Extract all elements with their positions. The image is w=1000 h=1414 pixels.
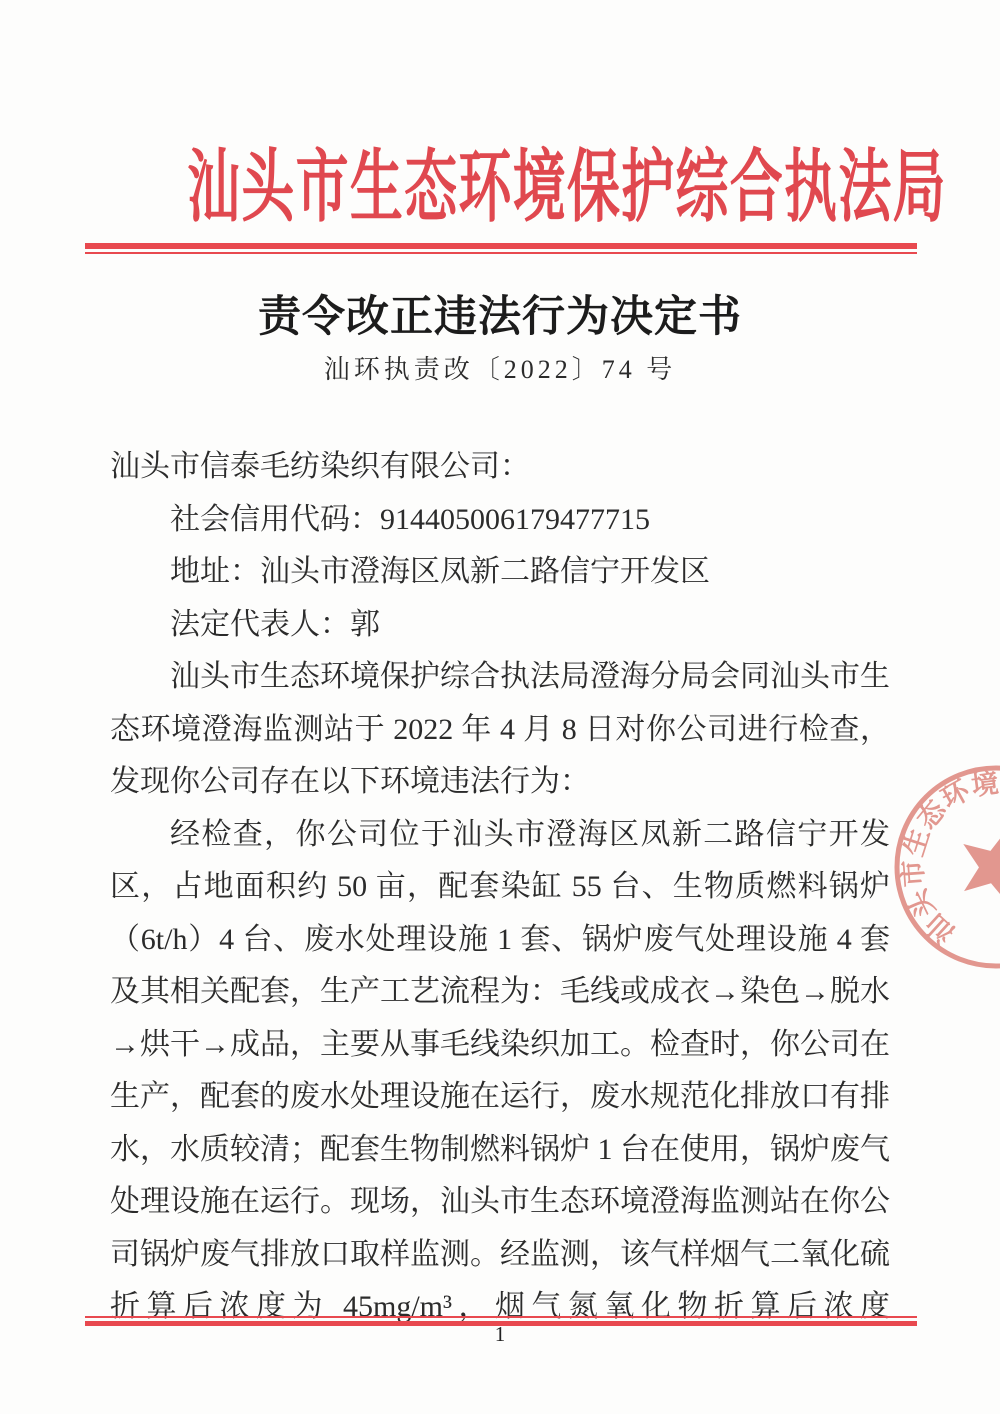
official-seal: 汕头市生态环境保护综合执法局 — [890, 761, 1000, 973]
document-title: 责令改正违法行为决定书 — [0, 283, 1000, 344]
recipient-address: 地址：汕头市澄海区凤新二路信宁开发区 — [110, 546, 890, 599]
paragraph-findings: 经检查，你公司位于汕头市澄海区凤新二路信宁开发区，占地面积约 50 亩，配套染缸… — [110, 809, 890, 1334]
agency-name: 汕头市生态环境保护综合执法局 — [187, 146, 947, 233]
letterhead: 汕头市生态环境保护综合执法局 — [0, 146, 1000, 233]
page-number: 1 — [0, 1322, 1000, 1347]
seal-star-icon — [950, 818, 1000, 909]
letterhead-rule — [85, 243, 917, 254]
recipient-credit-code: 社会信用代码：914405006179477715 — [110, 494, 890, 547]
paragraph-inspection: 汕头市生态环境保护综合执法局澄海分局会同汕头市生态环境澄海监测站于 2022 年… — [110, 651, 890, 809]
document-number: 汕环执责改〔2022〕74 号 — [0, 349, 1000, 386]
recipient-company: 汕头市信泰毛纺染织有限公司： — [110, 441, 890, 494]
rule-thin-line — [85, 252, 917, 254]
document-page: 汕头市生态环境保护综合执法局 责令改正违法行为决定书 汕环执责改〔2022〕74… — [0, 0, 1000, 1414]
recipient-legal-representative: 法定代表人：郭 — [110, 599, 890, 652]
document-body: 汕头市信泰毛纺染织有限公司： 社会信用代码：914405006179477715… — [110, 441, 890, 1334]
